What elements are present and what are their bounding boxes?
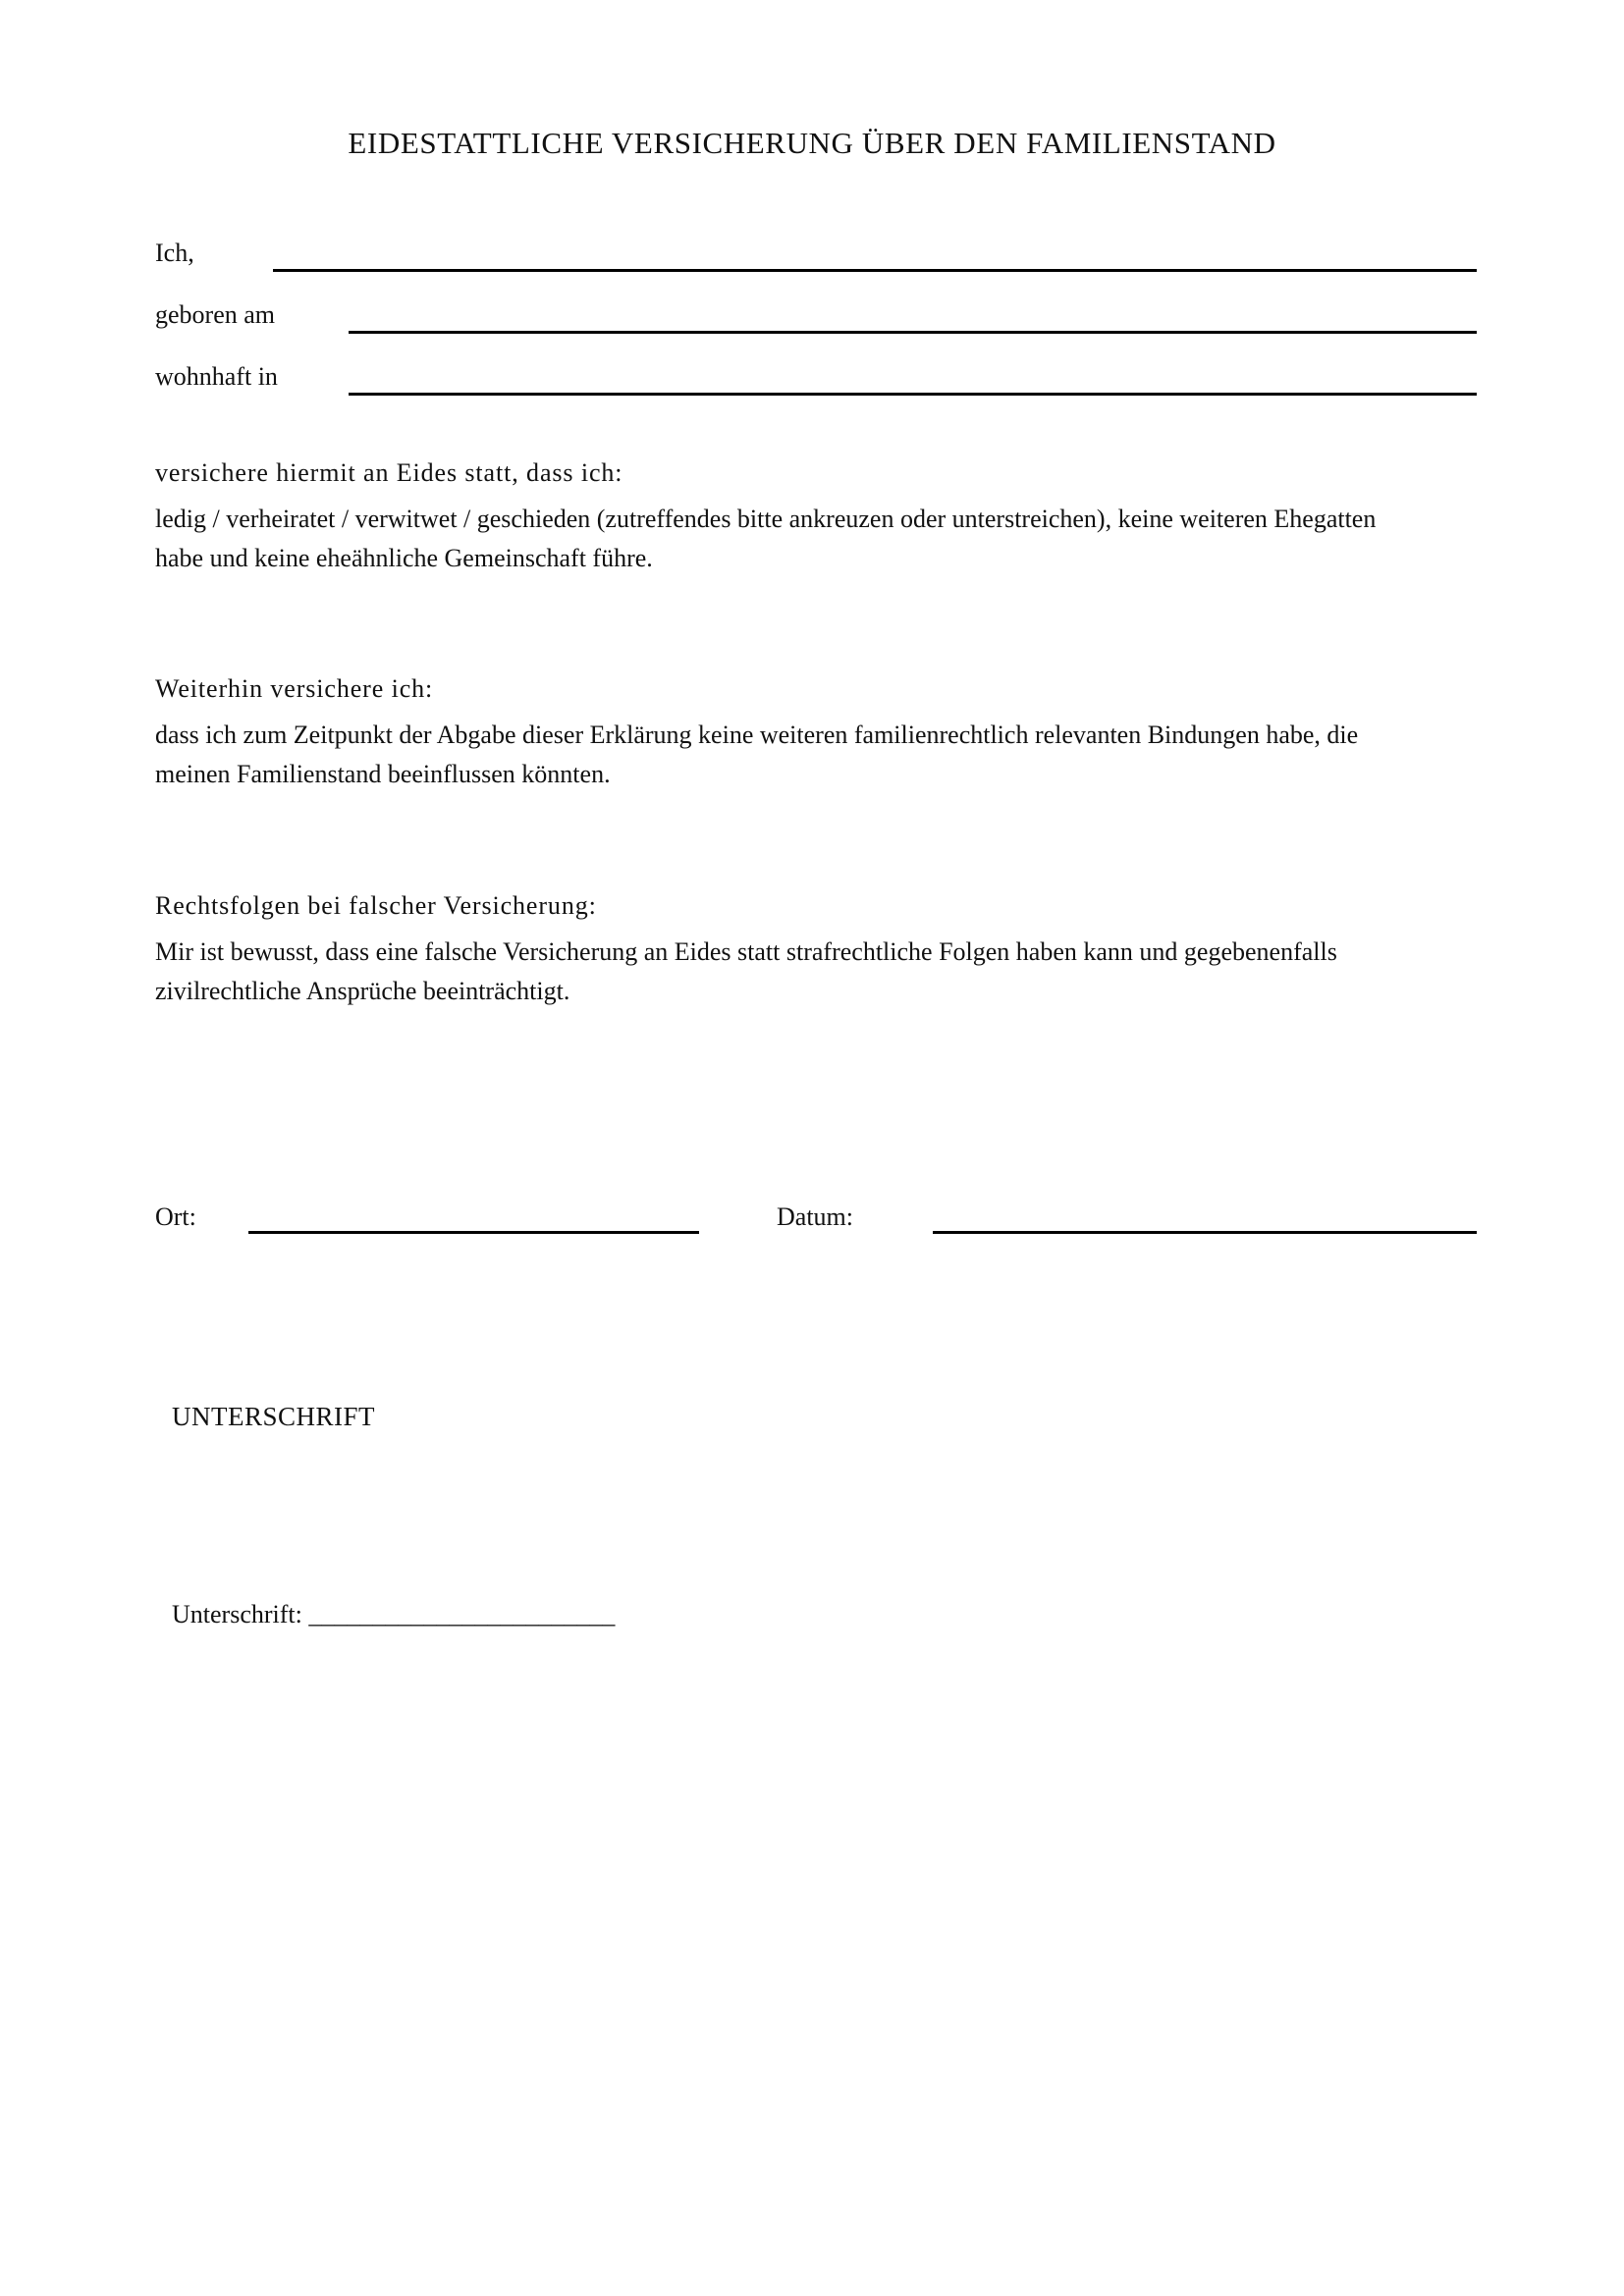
paragraph-line: ledig / verheiratet / verwitwet / geschi…: [155, 500, 1490, 539]
date-field-line[interactable]: [933, 1231, 1477, 1234]
place-label: Ort:: [155, 1202, 196, 1232]
residence-field-line[interactable]: [349, 393, 1477, 396]
section-text-further: dass ich zum Zeitpunkt der Abgabe dieser…: [155, 716, 1490, 794]
section-heading-declaration: versichere hiermit an Eides statt, dass …: [155, 458, 623, 488]
paragraph-line: habe und keine eheähnliche Gemeinschaft …: [155, 539, 1490, 578]
section-text-marital-status: ledig / verheiratet / verwitwet / geschi…: [155, 500, 1490, 578]
section-text-legal-consequences: Mir ist bewusst, dass eine falsche Versi…: [155, 933, 1490, 1011]
signature-label: Unterschrift:: [172, 1600, 302, 1629]
paragraph-line: meinen Familienstand beeinflussen könnte…: [155, 755, 1490, 794]
paragraph-line: dass ich zum Zeitpunkt der Abgabe dieser…: [155, 716, 1490, 755]
name-label: Ich,: [155, 239, 194, 268]
section-heading-further: Weiterhin versichere ich:: [155, 674, 433, 704]
section-heading-legal-consequences: Rechtsfolgen bei falscher Versicherung:: [155, 891, 597, 921]
signature-row: Unterschrift: ________________________: [172, 1600, 615, 1629]
name-field-line[interactable]: [273, 269, 1477, 272]
place-field-line[interactable]: [248, 1231, 699, 1234]
birthdate-label: geboren am: [155, 300, 275, 330]
date-label: Datum:: [777, 1202, 853, 1232]
document-title: EIDESTATTLICHE VERSICHERUNG ÜBER DEN FAM…: [0, 126, 1624, 161]
signature-field-line[interactable]: ________________________: [308, 1600, 615, 1629]
birthdate-field-line[interactable]: [349, 331, 1477, 334]
paragraph-line: zivilrechtliche Ansprüche beeinträchtigt…: [155, 972, 1490, 1011]
signature-heading: UNTERSCHRIFT: [172, 1402, 375, 1431]
residence-label: wohnhaft in: [155, 362, 278, 392]
paragraph-line: Mir ist bewusst, dass eine falsche Versi…: [155, 933, 1490, 972]
